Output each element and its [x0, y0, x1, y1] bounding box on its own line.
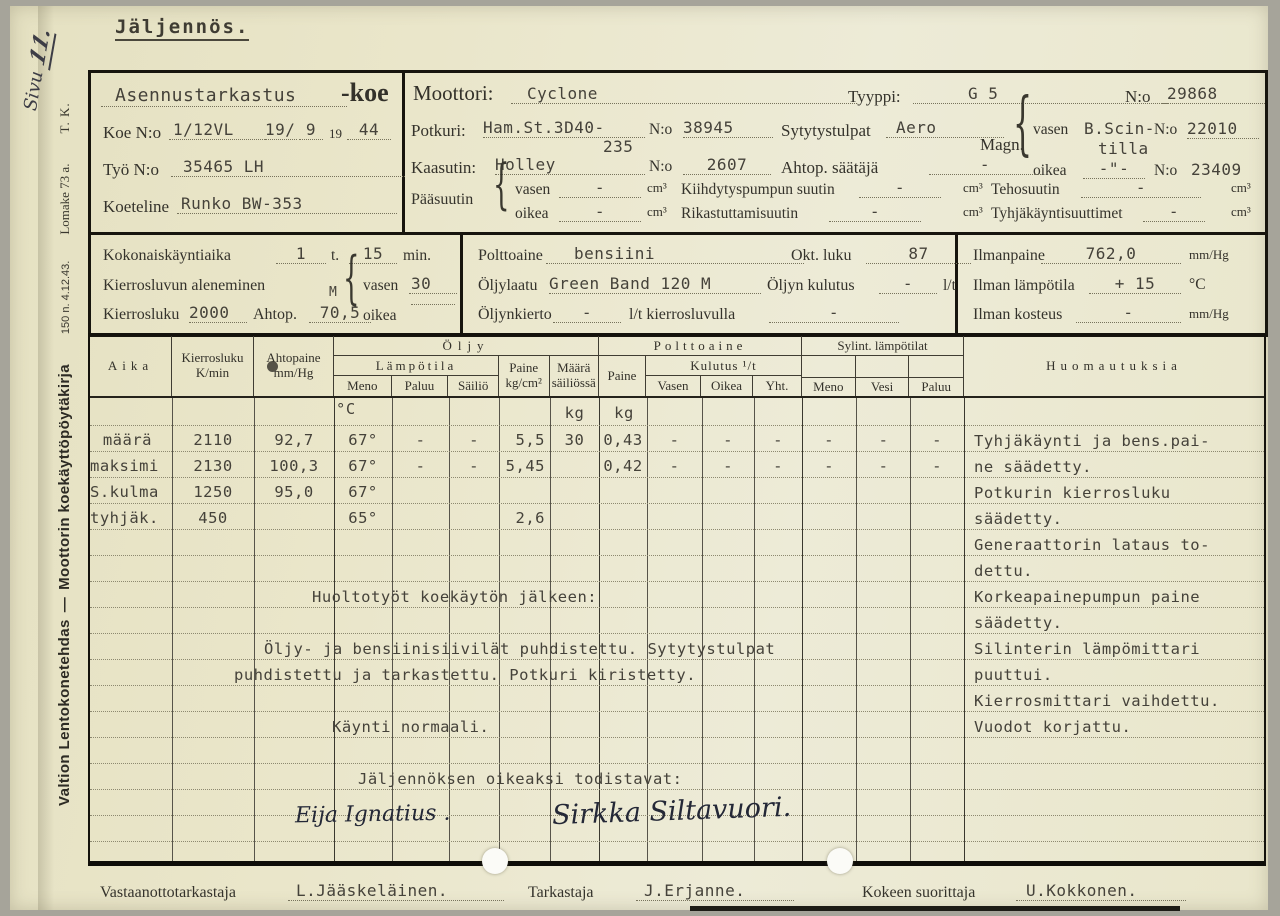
punch-hole [827, 848, 853, 874]
cell: - [451, 457, 497, 475]
signature-2: Sirkka Siltavuori. [552, 792, 792, 831]
summary-divider-1 [460, 235, 463, 334]
potkuri-no: 38945 [683, 118, 773, 138]
cell: - [451, 431, 497, 449]
kiihdytys-value: - [859, 178, 941, 198]
col-oljy-sailio: Säiliö [448, 376, 498, 396]
paper-crease [38, 6, 54, 910]
cell: 450 [174, 509, 252, 527]
cell: 30 [552, 431, 597, 449]
todistavat-note: Jäljennöksen oikeaksi todistavat: [358, 770, 682, 788]
tehosuutin-value: - [1081, 178, 1201, 198]
tyo-label: Työ N:o [103, 160, 159, 180]
cell: - [704, 457, 752, 475]
header-box: Asennustarkastus -koe Koe N:o 1/12VL 19/… [88, 70, 1268, 235]
cell: 1250 [174, 483, 252, 501]
rikastutta-label: Rikastuttamisuutin [681, 205, 798, 223]
factory-name: Valtion Lentokonetehdas [56, 619, 73, 806]
remark-line: puuttui. [974, 666, 1258, 684]
cell: - [756, 457, 800, 475]
no-label-2: N:o [649, 121, 672, 139]
no-label-1: N:o [1125, 87, 1151, 107]
remark-line: säädetty. [974, 614, 1258, 632]
summary-box: Kokonaiskäyntiaika 1 t. 15 min. Kierrosl… [88, 232, 1268, 337]
kokeen-label: Kokeen suorittaja [862, 884, 975, 902]
col-sylint-meno: Meno [802, 356, 856, 396]
margin-dash: — [56, 597, 73, 612]
table-body: °C kg kg määrä 2110 92,7 67° - - 5,5 30 … [90, 398, 1264, 861]
measurement-table: Aika KierroslukuK/min Ahtopainemm/Hg Ölj… [88, 333, 1266, 866]
cell: 5,5 [501, 431, 545, 449]
kosteus-value: - [1076, 303, 1181, 323]
ink-blot [267, 361, 278, 372]
oljylaatu-label: Öljylaatu [478, 277, 538, 295]
kokeen-name: U.Kokkonen. [1016, 881, 1186, 901]
cm3-5: cm³ [963, 204, 983, 220]
magn-vasen-no: 22010 [1187, 119, 1259, 139]
magn-vasen-label: vasen [1033, 121, 1068, 139]
paper-edge-line [690, 906, 1180, 911]
min-label: min. [403, 247, 431, 265]
moottori-label: Moottori: [413, 81, 494, 106]
year-prefix: 19 [329, 126, 342, 142]
header-divider [402, 73, 405, 232]
koe-no: 1/12VL [169, 120, 265, 140]
koe-no-label: Koe N:o [103, 123, 161, 143]
col-polttoaine-paine: Paine [599, 356, 646, 396]
oljynkierto-value: - [553, 303, 621, 323]
paasuutin-label: Pääsuutin [411, 191, 473, 209]
lampotila-label: Ilman lämpötila [973, 277, 1075, 295]
cm3-4: cm³ [647, 204, 667, 220]
cell: - [704, 431, 752, 449]
lampotila-value: + 15 [1089, 274, 1181, 294]
punch-hole [482, 848, 508, 874]
kierrosluku-label: Kierrosluku [103, 306, 179, 324]
col-kulutus-vasen: Vasen [646, 376, 701, 396]
group-kulutus: Kulutus ¹/t Vasen Oikea Yht. [646, 356, 801, 396]
cell: - [394, 457, 447, 475]
cell: - [859, 431, 908, 449]
kosteus-label: Ilman kosteus [973, 306, 1062, 324]
sivu-label: Sivu [20, 69, 48, 112]
remark-line: dettu. [974, 562, 1258, 580]
huolto-line-1: Öljy- ja bensiinisiivilät puhdistettu. S… [264, 640, 775, 658]
aleneminen-vasen: 30 [409, 274, 457, 294]
tyyppi-label: Tyyppi: [848, 87, 901, 107]
cell: - [912, 431, 962, 449]
row-label: maksimi [90, 457, 152, 475]
no-label-3: N:o [1154, 121, 1177, 139]
copy-note: Jäljennös. [115, 16, 249, 41]
okt-value: 87 [866, 244, 971, 264]
magn-brace: { [1013, 84, 1032, 164]
col-oljy-paluu: Paluu [392, 376, 449, 396]
kierrosluvulla-value: - [769, 303, 899, 323]
cell: 67° [336, 457, 390, 475]
col-aika: Aika [90, 336, 172, 396]
date-day: 19/ [265, 120, 297, 140]
magn-oikea-no: 23409 [1191, 160, 1242, 179]
oljyn-kulutus-value: - [879, 274, 937, 294]
col-sylint-vesi: Vesi [856, 356, 910, 396]
tyo-no: 35465 LH [171, 157, 405, 177]
unit-meno: °C [336, 400, 372, 418]
paasuutin-oikea-label: oikea [515, 205, 549, 223]
tarkastaja-name: J.Erjanne. [636, 881, 794, 901]
group-oljy: Öljy Lämpötila Meno Paluu Säiliö Painekg… [334, 336, 599, 396]
potkuri: Ham.St.3D40- [483, 118, 645, 138]
scanned-document: Sivu11. Valtion Lentokonetehdas — Mootto… [0, 0, 1280, 916]
paasuutin-brace: { [493, 154, 510, 217]
remark-line: Korkeapainepumpun paine [974, 588, 1258, 606]
mmhg-2: mm/Hg [1189, 306, 1229, 322]
moottori-no: 29868 [1161, 84, 1265, 104]
paasuutin-vasen: - [559, 178, 641, 198]
cell: - [859, 457, 908, 475]
magn-vasen-cont: tilla [1098, 139, 1149, 158]
group-lampotila: Lämpötila Meno Paluu Säiliö [334, 356, 499, 396]
kierrosluvulla-label: l/t kierrosluvulla [629, 306, 735, 324]
kiihdytys-label: Kiihdytyspumpun suutin [681, 181, 835, 199]
lt-label-1: l/t [943, 277, 956, 295]
row-label: S.kulma [90, 483, 152, 501]
sytytystulpat-label: Sytytystulpat [781, 121, 871, 141]
ilmanpaine-value: 762,0 [1041, 244, 1181, 264]
kayntiaika-label: Kokonaiskäyntiaika [103, 247, 231, 265]
cell: 92,7 [256, 431, 332, 449]
cell: - [804, 457, 854, 475]
aleneminen-label: Kierrosluvun aleneminen [103, 277, 265, 295]
paasuutin-vasen-label: vasen [515, 181, 550, 199]
unit-paine: kg [603, 404, 645, 422]
cell: 100,3 [256, 457, 332, 475]
potkuri-cont: 235 [603, 137, 633, 156]
date-month: 9 [299, 120, 323, 140]
col-oljy-paine: Painekg/cm² [499, 356, 550, 396]
remark-line: Generaattorin lataus to- [974, 536, 1258, 554]
cell: 0,42 [601, 457, 645, 475]
kaasutin-no: 2607 [683, 155, 771, 175]
mmhg-1: mm/Hg [1189, 247, 1229, 263]
aleneminen-oikea [411, 304, 455, 305]
col-ahtopaine: Ahtopainemm/Hg [254, 336, 334, 396]
ahtop-saataja: - [929, 155, 1041, 175]
remark-line: säädetty. [974, 510, 1258, 528]
cm3-3: cm³ [1231, 180, 1251, 196]
cell: - [756, 431, 800, 449]
kierrosluku-value: 2000 [189, 303, 247, 323]
col-oljy-maara: Määräsäiliössä [550, 356, 599, 396]
potkuri-label: Potkuri: [411, 121, 466, 141]
col-sylint-paluu: Paluu [909, 356, 963, 396]
huolto-title: Huoltotyöt koekäytön jälkeen: [312, 588, 597, 606]
col-kulutus-oikea: Oikea [701, 376, 753, 396]
cell: - [394, 431, 447, 449]
aleneminen-vasen-label: vasen [363, 277, 398, 295]
tyhjakaynti-value: - [1143, 202, 1205, 222]
cm3-2: cm³ [963, 180, 983, 196]
remark-line: Kierrosmittari vaihdettu. [974, 692, 1264, 710]
koeteline: Runko BW-353 [177, 194, 397, 214]
cell: 2130 [174, 457, 252, 475]
cell: 0,43 [601, 431, 645, 449]
tk-initials: T. K. [57, 102, 73, 133]
oljylaatu-value: Green Band 120 M [549, 274, 761, 294]
cell: - [912, 457, 962, 475]
polttoaine-value: bensiini [546, 244, 804, 264]
year: 44 [347, 120, 391, 140]
col-kierrosluku: KierroslukuK/min [172, 336, 254, 396]
remark-line: Potkurin kierrosluku [974, 484, 1258, 502]
polttoaine-label: Polttoaine [478, 247, 543, 265]
cell: 65° [336, 509, 390, 527]
remark-line: Silinterin lämpömittari [974, 640, 1258, 658]
remark-line: ne säädetty. [974, 458, 1258, 476]
cm3-1: cm³ [647, 180, 667, 196]
ahtop-saataja-label: Ahtop. säätäjä [781, 158, 878, 178]
celsius-label: °C [1189, 276, 1206, 294]
signature-1: Eija Ignatius . [295, 801, 451, 829]
cell: - [804, 431, 854, 449]
remark-line: Vuodot korjattu. [974, 718, 1258, 736]
okt-label: Okt. luku [791, 247, 851, 265]
kaasutin-label: Kaasutin: [411, 158, 476, 178]
paasuutin-oikea: - [559, 202, 641, 222]
moottori: Cyclone [511, 84, 857, 104]
left-margin-rotated: Valtion Lentokonetehdas — Moottorin koek… [56, 62, 73, 806]
row-label: määrä [90, 431, 152, 449]
unit-maara: kg [552, 404, 597, 422]
cell: 2,6 [501, 509, 545, 527]
koe-suffix: -koe [341, 78, 389, 108]
cm3-6: cm³ [1231, 204, 1251, 220]
form-number: Lomake 73 a. [57, 164, 73, 235]
cell: 67° [336, 483, 390, 501]
no-label-5: N:o [649, 158, 672, 176]
oljynkierto-label: Öljynkierto [478, 306, 552, 324]
row-label: tyhjäk. [90, 509, 152, 527]
cell: 95,0 [256, 483, 332, 501]
ilmanpaine-label: Ilmanpaine [973, 247, 1045, 265]
magn-oikea: -"- [1083, 159, 1145, 179]
test-name: Asennustarkastus [101, 85, 347, 107]
kayntiaika-hours: 1 [276, 244, 326, 264]
cell: 2110 [174, 431, 252, 449]
magn-vasen: B.Scin- [1084, 119, 1155, 138]
tehosuutin-label: Tehosuutin [991, 181, 1060, 199]
cell: 5,45 [501, 457, 545, 475]
m-note: M [329, 285, 337, 300]
huolto-line-2: puhdistettu ja tarkastettu. Potkuri kiri… [234, 666, 696, 684]
col-huomautuksia: Huomautuksia [964, 336, 1264, 396]
col-kulutus-yht: Yht. [753, 376, 801, 396]
cell: - [649, 431, 700, 449]
kaasutin: Holley [495, 155, 645, 175]
group-polttoaine: Polttoaine Paine Kulutus ¹/t Vasen Oikea… [599, 336, 802, 396]
t-label: t. [331, 247, 339, 265]
tyhjakaynti-label: Tyhjäkäyntisuuttimet [991, 205, 1123, 223]
remark-line: Tyhjäkäynti ja bens.pai- [974, 432, 1258, 450]
vastaanotto-name: L.Jääskeläinen. [288, 881, 504, 901]
ahtop-value: 70,5 [309, 303, 371, 323]
koeteline-label: Koeteline [103, 197, 169, 217]
oljyn-kulutus-label: Öljyn kulutus [767, 277, 855, 295]
print-info: 150 n. 4.12.43. [60, 261, 72, 334]
cell: - [649, 457, 700, 475]
group-sylint: Sylint. lämpötilat Meno Vesi Paluu [802, 336, 964, 396]
rikastutta-value: - [829, 202, 921, 222]
cell: 67° [336, 431, 390, 449]
vastaanotto-label: Vastaanottotarkastaja [100, 884, 236, 902]
ahtop-label: Ahtop. [253, 306, 297, 324]
kaynti-note: Käynti normaali. [332, 718, 489, 736]
document-title: Moottorin koekäyttöpöytäkirja [56, 364, 73, 590]
col-oljy-meno: Meno [334, 376, 392, 396]
tarkastaja-label: Tarkastaja [528, 884, 594, 902]
